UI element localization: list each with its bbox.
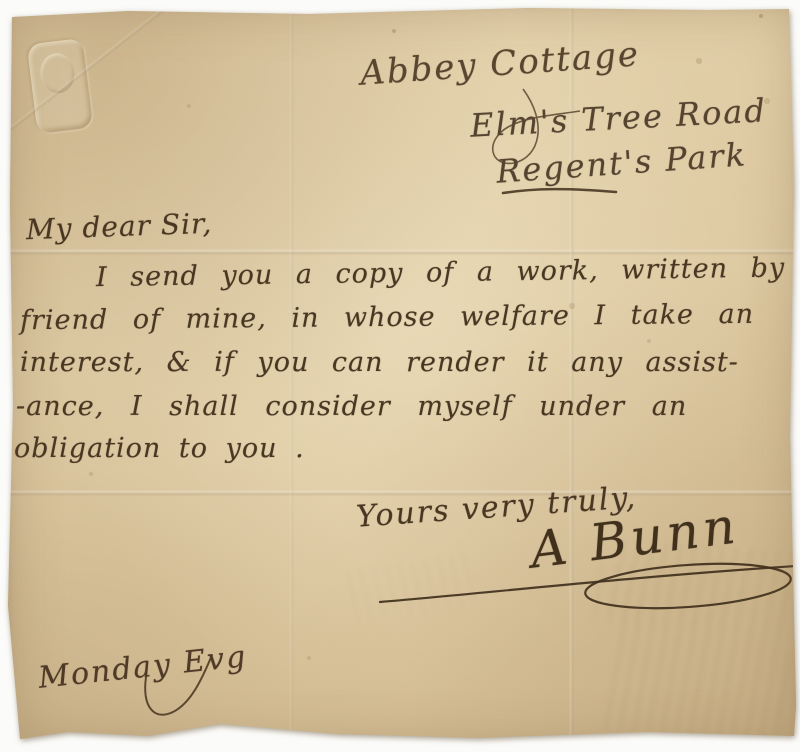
fold-crease-horizontal-lower xyxy=(8,491,798,495)
regents-underline xyxy=(503,189,616,193)
faint-pencil-marks xyxy=(345,552,481,625)
foxing-spots xyxy=(8,5,10,7)
dateline: Monday Evg xyxy=(37,642,249,694)
address-line-1: Abbey Cottage xyxy=(359,37,641,90)
paper-shadow-wrap: Abbey Cottage Elm's Tree Road Regent's P… xyxy=(0,0,800,752)
show-through-writing xyxy=(592,563,744,628)
salutation: My dear Sir, xyxy=(26,210,213,244)
letter-scan: Abbey Cottage Elm's Tree Road Regent's P… xyxy=(0,0,800,752)
body-line: friend of mine, in whose welfare I take … xyxy=(20,301,754,334)
body-line: I send you a copy of a work, written by … xyxy=(96,254,800,291)
letter-paper: Abbey Cottage Elm's Tree Road Regent's P… xyxy=(8,5,798,746)
embossed-stamp-icon xyxy=(27,38,94,134)
body-line: interest, & if you can render it any ass… xyxy=(20,349,739,376)
address-line-2: Elm's Tree Road xyxy=(469,94,767,141)
show-through-writing xyxy=(604,540,797,742)
body-line: obligation to you . xyxy=(14,435,305,462)
body-line: -ance, I shall consider myself under an xyxy=(16,393,687,420)
address-line-3: Regent's Park xyxy=(495,138,748,187)
